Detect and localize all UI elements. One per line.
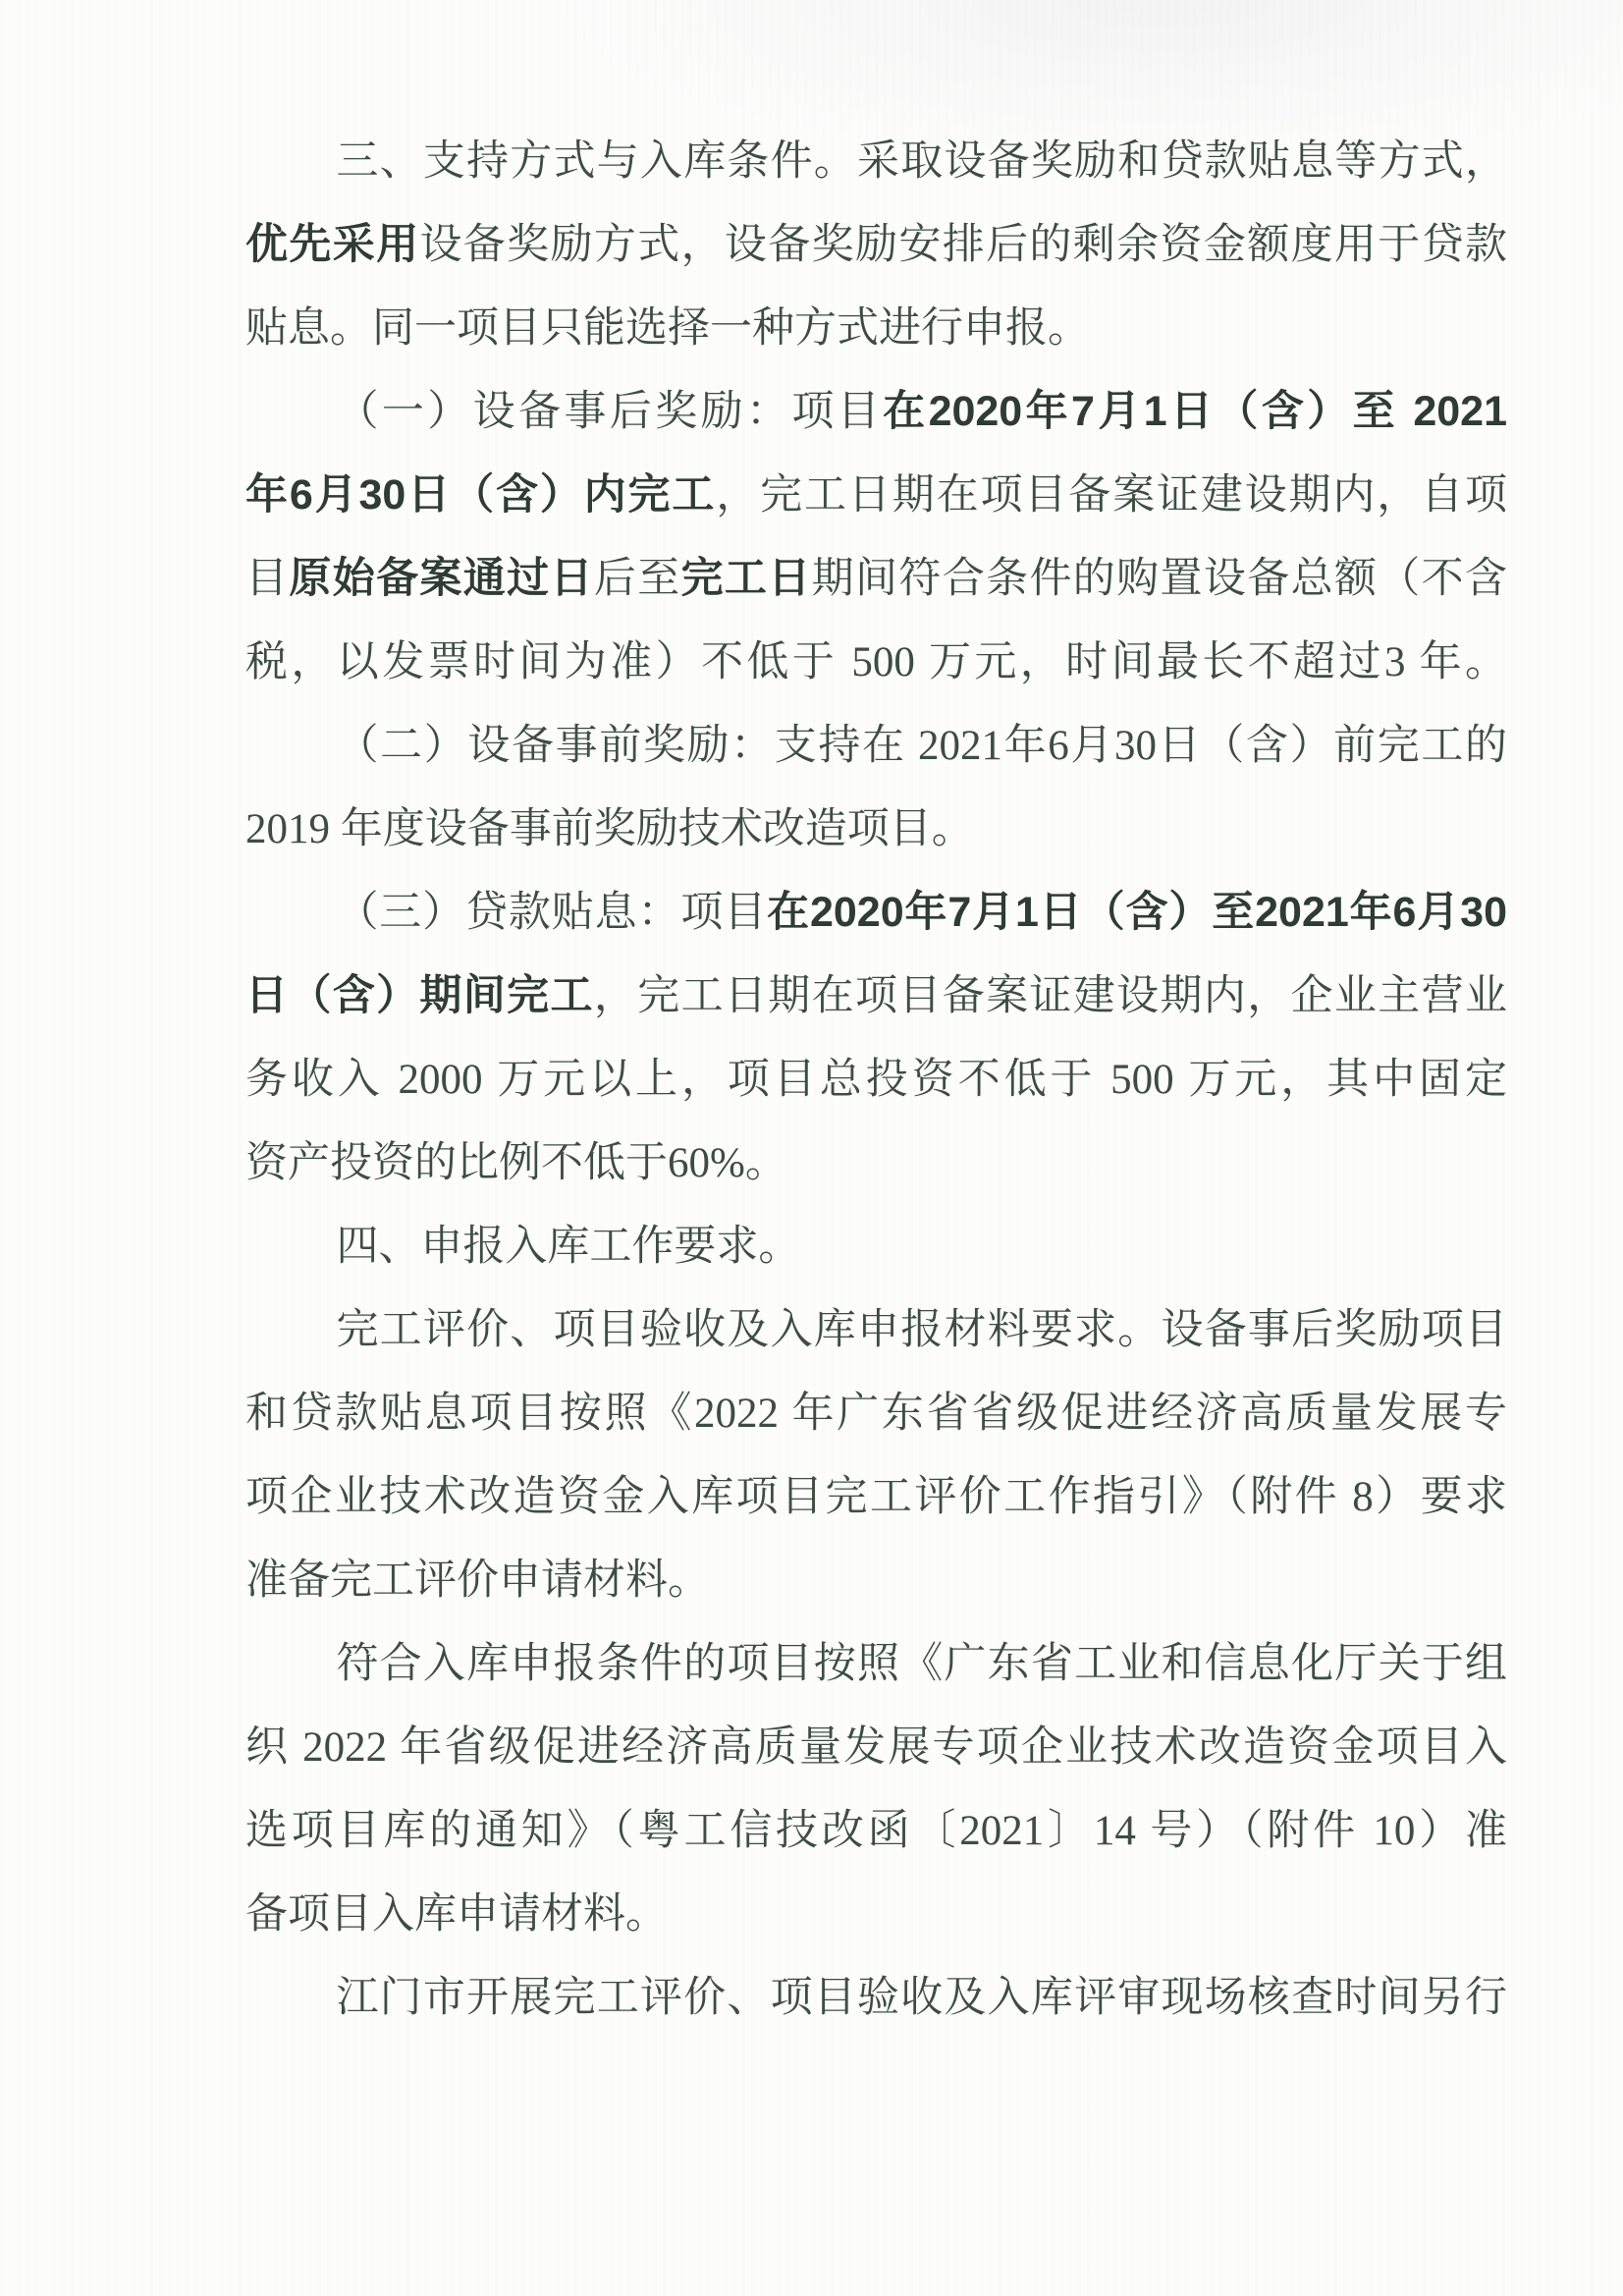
text-run: 期间符合条件的购置设备总额（不含: [812, 556, 1507, 602]
text-line: （二）设备事前奖励：支持在 2021年6月30日（含）前完工的: [245, 704, 1507, 788]
text-run: 三、支持方式与入库条件。采取设备奖励和贷款贴息等方式，: [336, 138, 1507, 185]
text-run: （三）贷款贴息：项目: [336, 890, 767, 936]
text-line: 资产投资的比例不低于60%。: [245, 1121, 1507, 1205]
text-run: 税，以发票时间为准）不低于 500 万元，时间最长不超过3 年。: [245, 639, 1507, 685]
document-page: 三、支持方式与入库条件。采取设备奖励和贷款贴息等方式，优先采用设备奖励方式，设备…: [0, 0, 1623, 2296]
text-line: 目原始备案通过日后至完工日期间符合条件的购置设备总额（不含: [245, 537, 1507, 621]
text-line: 备项目入库申请材料。: [245, 1873, 1507, 1956]
text-run: 准备完工评价申请材料。: [245, 1558, 710, 1604]
text-line: （一）设备事后奖励：项目在2020年7月1日（含）至 2021: [245, 370, 1507, 454]
text-line: 选项目库的通知》（粤工信技改函〔2021〕14 号）（附件 10）准: [245, 1789, 1507, 1873]
text-run: 项企业技术改造资金入库项目完工评价工作指引》（附件 8）要求: [245, 1474, 1507, 1520]
bold-text-run: 年6月30日（含）内完工: [245, 471, 716, 519]
text-line: 日（含）期间完工，完工日期在项目备案证建设期内，企业主营业: [245, 955, 1507, 1038]
text-run: 四、申报入库工作要求。: [336, 1224, 800, 1270]
bold-text-run: 日（含）期间完工: [245, 972, 594, 1019]
bold-text-run: 完工日: [681, 555, 812, 602]
text-line: （三）贷款贴息：项目在2020年7月1日（含）至2021年6月30: [245, 871, 1507, 955]
text-line: 贴息。同一项目只能选择一种方式进行申报。: [245, 287, 1507, 370]
text-line: 四、申报入库工作要求。: [245, 1205, 1507, 1288]
text-run: ，完工日期在项目备案证建设期内，企业主营业: [594, 973, 1507, 1019]
text-run: 江门市开展完工评价、项目验收及入库评审现场核查时间另行: [336, 1975, 1507, 2021]
text-run: 资产投资的比例不低于60%。: [245, 1140, 787, 1186]
text-run: 备项目入库申请材料。: [245, 1891, 668, 1938]
text-line: 江门市开展完工评价、项目验收及入库评审现场核查时间另行: [245, 1956, 1507, 2040]
text-line: 准备完工评价申请材料。: [245, 1539, 1507, 1622]
text-line: 项企业技术改造资金入库项目完工评价工作指引》（附件 8）要求: [245, 1455, 1507, 1539]
bold-text-run: 原始备案通过日: [289, 555, 594, 602]
text-line: 年6月30日（含）内完工，完工日期在项目备案证建设期内，自项: [245, 454, 1507, 537]
text-run: 选项目库的通知》（粤工信技改函〔2021〕14 号）（附件 10）准: [245, 1808, 1507, 1854]
text-run: 符合入库申报条件的项目按照《广东省工业和信息化厅关于组: [336, 1641, 1507, 1687]
text-run: 设备奖励方式，设备奖励安排后的剩余资金额度用于贷款: [419, 222, 1507, 268]
bold-text-run: 在2020年7月1日（含）至 2021: [883, 388, 1507, 435]
bold-text-run: 优先采用: [245, 221, 419, 268]
text-line: 织 2022 年省级促进经济高质量发展专项企业技术改造资金项目入: [245, 1706, 1507, 1789]
text-line: 优先采用设备奖励方式，设备奖励安排后的剩余资金额度用于贷款: [245, 203, 1507, 287]
text-line: 三、支持方式与入库条件。采取设备奖励和贷款贴息等方式，: [245, 120, 1507, 203]
text-run: 2019 年度设备事前奖励技术改造项目。: [245, 806, 974, 852]
text-run: 贴息。同一项目只能选择一种方式进行申报。: [245, 305, 1090, 352]
text-line: 符合入库申报条件的项目按照《广东省工业和信息化厅关于组: [245, 1622, 1507, 1706]
document-body: 三、支持方式与入库条件。采取设备奖励和贷款贴息等方式，优先采用设备奖励方式，设备…: [245, 120, 1507, 2040]
text-run: 织 2022 年省级促进经济高质量发展专项企业技术改造资金项目入: [245, 1724, 1507, 1771]
text-run: （二）设备事前奖励：支持在 2021年6月30日（含）前完工的: [336, 723, 1507, 769]
text-line: 税，以发票时间为准）不低于 500 万元，时间最长不超过3 年。: [245, 621, 1507, 704]
text-run: ，完工日期在项目备案证建设期内，自项: [716, 472, 1507, 519]
text-run: 和贷款贴息项目按照《2022 年广东省省级促进经济高质量发展专: [245, 1391, 1507, 1437]
text-run: 完工评价、项目验收及入库申报材料要求。设备事后奖励项目: [336, 1307, 1507, 1353]
text-line: 务收入 2000 万元以上，项目总投资不低于 500 万元，其中固定: [245, 1038, 1507, 1121]
text-line: 2019 年度设备事前奖励技术改造项目。: [245, 788, 1507, 871]
text-line: 完工评价、项目验收及入库申报材料要求。设备事后奖励项目: [245, 1288, 1507, 1372]
text-run: 后至: [594, 556, 681, 602]
text-run: （一）设备事后奖励：项目: [336, 389, 883, 435]
bold-text-run: 在2020年7月1日（含）至2021年6月30: [767, 889, 1507, 936]
text-line: 和贷款贴息项目按照《2022 年广东省省级促进经济高质量发展专: [245, 1372, 1507, 1455]
text-run: 目: [245, 556, 289, 602]
text-run: 务收入 2000 万元以上，项目总投资不低于 500 万元，其中固定: [245, 1057, 1507, 1103]
